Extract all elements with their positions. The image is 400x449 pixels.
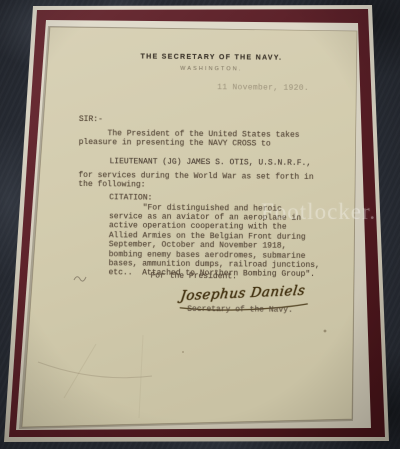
citation-text: "For distinguished and heroic service as… [108,203,320,280]
framed-letter-photo: THE SECRETARY OF THE NAVY. WASHINGTON. 1… [0,0,400,449]
closing-line: For the President. [150,271,237,281]
salutation: SIR:- [79,115,103,125]
citation-label: CITATION: [109,193,152,203]
signature-title: Secretary of the Navy. [187,304,293,314]
letterhead-title: THE SECRETARY OF THE NAVY. [81,53,341,62]
recipient-line: LIEUTENANT (JG) JAMES S. OTIS, U.S.N.R.F… [109,157,311,168]
letterhead-location: WASHINGTON. [81,65,341,73]
body-paragraph-1: The President of the United States takes… [79,129,300,150]
letter-content: THE SECRETARY OF THE NAVY. WASHINGTON. 1… [0,0,400,449]
body-paragraph-2: for services during the World War as set… [78,171,313,192]
letterhead: THE SECRETARY OF THE NAVY. WASHINGTON. [81,53,341,73]
letter-date: 11 November, 1920. [217,83,309,93]
